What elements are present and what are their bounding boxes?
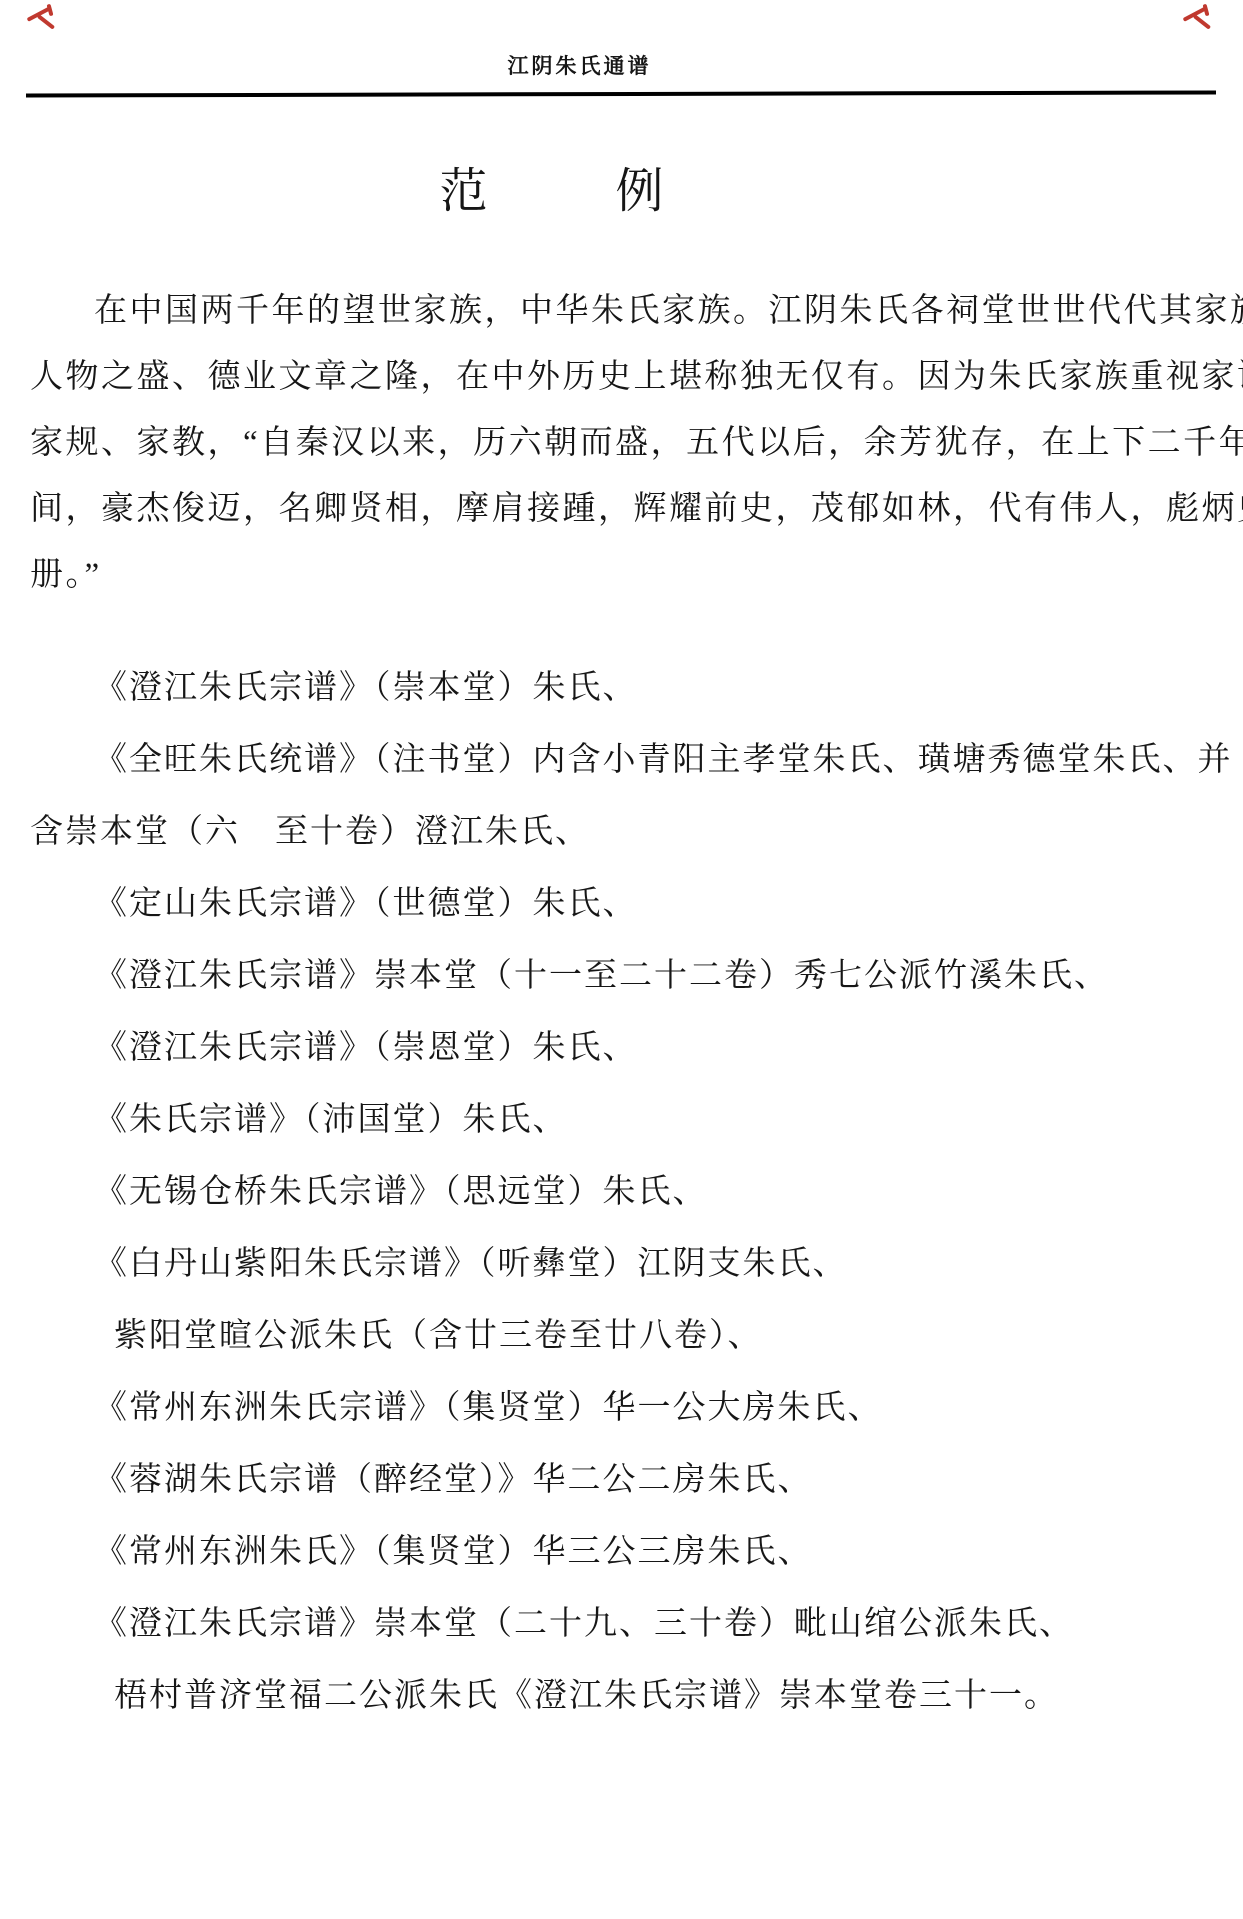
catalog-item: 《澄江朱氏宗谱》崇本堂（十一至二十二卷）秀七公派竹溪朱氏、 xyxy=(30,940,1215,1012)
catalog-item: 《定山朱氏宗谱》（世德堂）朱氏、 xyxy=(30,868,1215,940)
catalog-item: 《全旺朱氏统谱》（注书堂）内含小青阳主孝堂朱氏、璜塘秀德堂朱氏、并 xyxy=(30,724,1215,796)
intro-line: 家规、家教，“自秦汉以来，历六朝而盛，五代以后，余芳犹存，在上下二千年 xyxy=(30,410,1215,476)
catalog-item: 《常州东洲朱氏宗谱》（集贤堂）华一公大房朱氏、 xyxy=(30,1372,1215,1444)
book-title: 江阴朱氏通谱 xyxy=(508,54,652,78)
catalog-item: 《朱氏宗谱》（沛国堂）朱氏、 xyxy=(30,1084,1215,1156)
catalog-item: 《白丹山紫阳朱氏宗谱》（听彝堂）江阴支朱氏、 xyxy=(30,1228,1215,1300)
catalog-item: 《澄江朱氏宗谱》（崇本堂）朱氏、 xyxy=(30,652,1215,724)
page-title-second-char: 例 xyxy=(616,152,664,221)
document-page: 江阴朱氏通谱 范 例 在中国两千年的望世家族，中华朱氏家族。江阴朱氏各祠堂世世代… xyxy=(0,0,1243,1919)
catalog-item: 《澄江朱氏宗谱》（崇恩堂）朱氏、 xyxy=(30,1012,1215,1084)
catalog-item: 《澄江朱氏宗谱》崇本堂（二十九、三十卷）毗山绾公派朱氏、 xyxy=(30,1588,1215,1660)
intro-line: 人物之盛、德业文章之隆，在中外历史上堪称独无仅有。因为朱氏家族重视家谱、 xyxy=(30,344,1215,410)
catalog-item: 《无锡仓桥朱氏宗谱》（思远堂）朱氏、 xyxy=(30,1156,1215,1228)
page-title-first-char: 范 xyxy=(439,152,487,221)
header-rule xyxy=(26,90,1216,97)
intro-line: 册。” xyxy=(30,542,1215,608)
red-scan-artifact-right xyxy=(1178,4,1222,34)
intro-line: 间，豪杰俊迈，名卿贤相，摩肩接踵，辉耀前史，茂郁如林，代有伟人，彪炳史 xyxy=(30,476,1215,542)
catalog-item: 《常州东洲朱氏》（集贤堂）华三公三房朱氏、 xyxy=(30,1516,1215,1588)
catalog-item-continuation: 含崇本堂（六 至十卷）澄江朱氏、 xyxy=(30,796,1215,868)
page-title: 范 例 xyxy=(0,152,1173,221)
intro-line: 在中国两千年的望世家族，中华朱氏家族。江阴朱氏各祠堂世世代代其家族 xyxy=(30,278,1215,344)
catalog-item-continuation: 梧村普济堂福二公派朱氏《澄江朱氏宗谱》崇本堂卷三十一。 xyxy=(30,1660,1215,1732)
catalog-item: 《蓉湖朱氏宗谱（醉经堂）》华二公二房朱氏、 xyxy=(30,1444,1215,1516)
running-header: 江阴朱氏通谱 xyxy=(0,50,1201,80)
genealogy-catalog-list: 《澄江朱氏宗谱》（崇本堂）朱氏、 《全旺朱氏统谱》（注书堂）内含小青阳主孝堂朱氏… xyxy=(30,652,1215,1732)
red-scan-artifact-left xyxy=(22,4,66,34)
catalog-item-continuation: 紫阳堂暄公派朱氏（含廿三卷至廿八卷）、 xyxy=(30,1300,1215,1372)
intro-paragraph: 在中国两千年的望世家族，中华朱氏家族。江阴朱氏各祠堂世世代代其家族 人物之盛、德… xyxy=(30,278,1215,608)
